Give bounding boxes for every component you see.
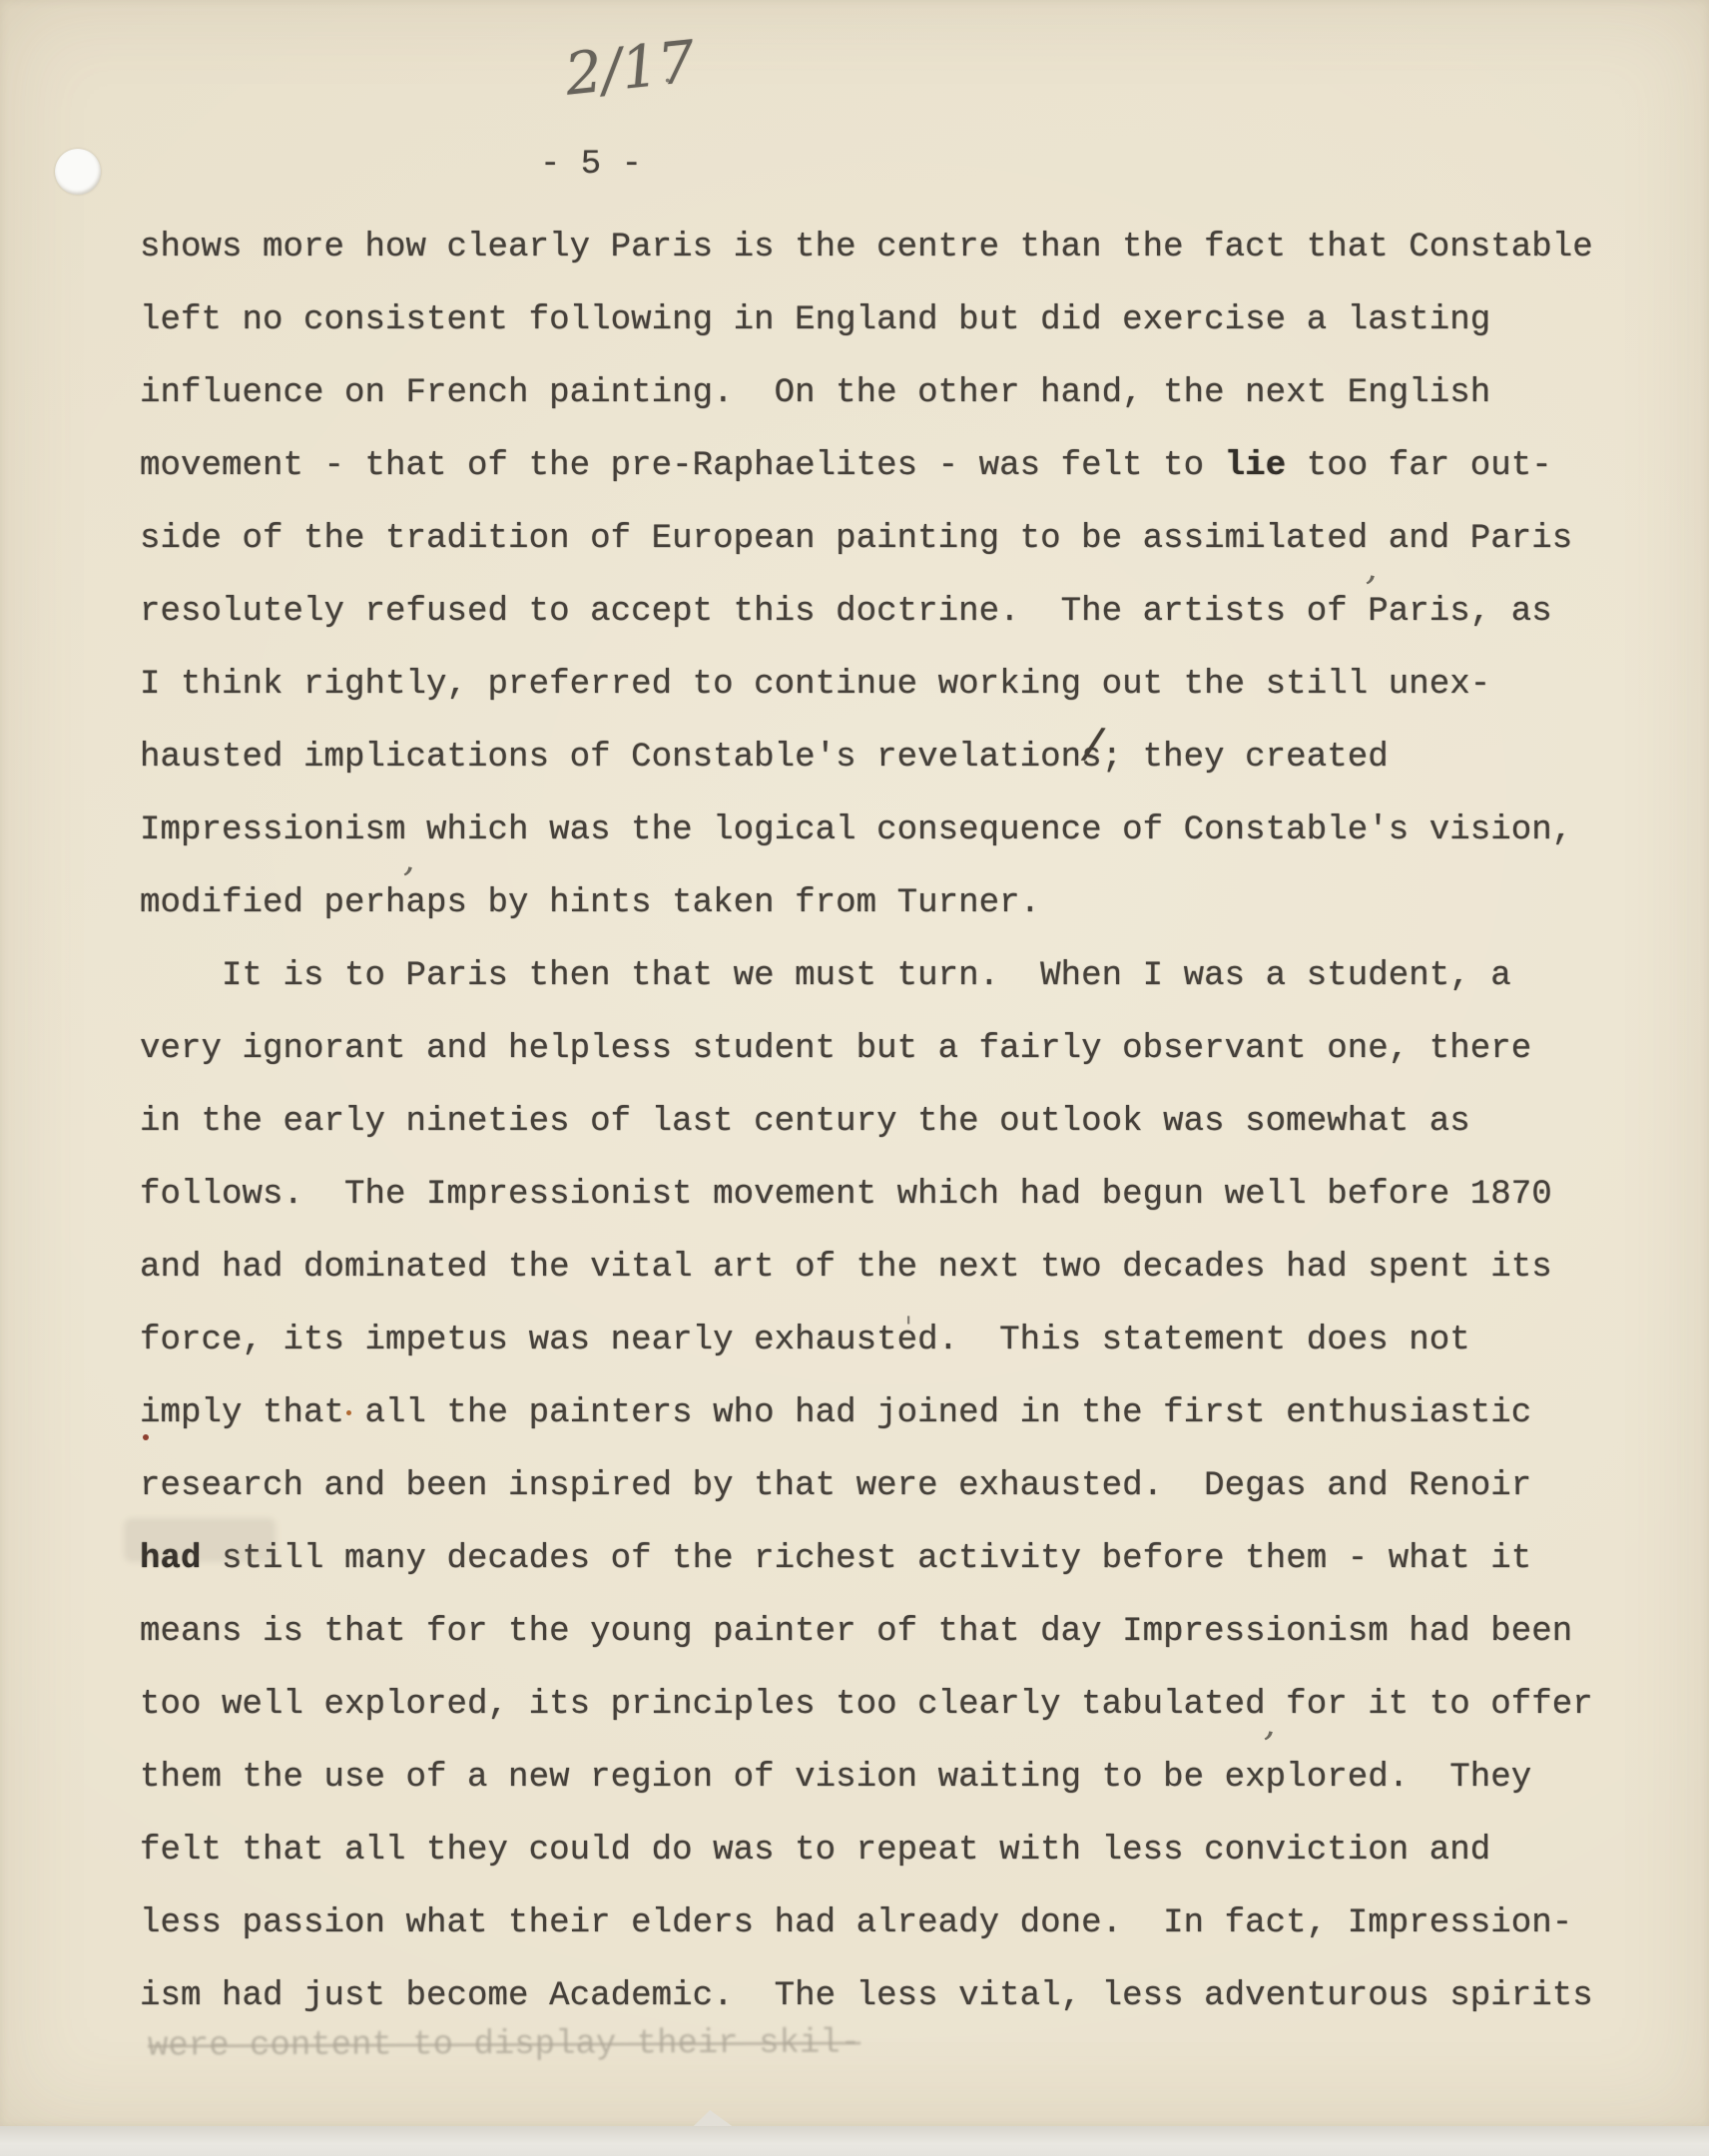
text-line: left no consistent following in England … (140, 297, 1490, 343)
text-line: research and been inspired by that were … (140, 1463, 1531, 1509)
text-line: I think rightly, preferred to continue w… (140, 662, 1490, 708)
text-line: less passion what their elders had alrea… (140, 1900, 1572, 1946)
text-line: force, its impetus was nearly exhausted.… (140, 1318, 1470, 1363)
text-line: shows more how clearly Paris is the cent… (140, 225, 1593, 270)
page-number: - 5 - (540, 146, 642, 184)
text-line: It is to Paris then that we must turn. W… (140, 953, 1511, 999)
text-line: resolutely refused to accept this doctri… (140, 589, 1552, 635)
handwritten-page-ref: 2/17 (562, 27, 699, 108)
text-line: Impressionism which was the logical cons… (140, 808, 1572, 853)
text-line: modified perhaps by hints taken from Tur… (140, 880, 1040, 926)
text-line: means is that for the young painter of t… (140, 1609, 1572, 1655)
hole-punch (55, 149, 101, 195)
text-line: and had dominated the vital art of the n… (140, 1245, 1552, 1291)
text-line: very ignorant and helpless student but a… (140, 1026, 1531, 1072)
scanner-edge (0, 2126, 1709, 2156)
pencil-tick: ' (904, 1314, 912, 1344)
text-line: side of the tradition of European painti… (140, 516, 1572, 562)
text-line: had still many decades of the richest ac… (140, 1536, 1531, 1582)
pencil-dot-after-note: . (663, 58, 673, 88)
strikeout-slash-on-s: / (1077, 725, 1108, 773)
paper-speck (346, 1410, 351, 1415)
document-scan: 2/17 - 5 - shows more how clearly Paris … (0, 0, 1709, 2156)
text-line: follows. The Impressionist movement whic… (140, 1172, 1552, 1218)
text-line: hausted implications of Constable's reve… (140, 735, 1389, 781)
text-line: movement - that of the pre-Raphaelites -… (140, 443, 1552, 489)
text-line: ism had just become Academic. The less v… (140, 1973, 1593, 2019)
paper-speck (143, 1434, 149, 1440)
erased-struck-line: were content to display their skil- (148, 2024, 860, 2065)
text-line: in the early nineties of last century th… (140, 1099, 1470, 1145)
text-line: too well explored, its principles too cl… (140, 1682, 1593, 1728)
text-line: felt that all they could do was to repea… (140, 1828, 1490, 1874)
document-page: 2/17 - 5 - shows more how clearly Paris … (0, 0, 1709, 2126)
text-line: influence on French painting. On the oth… (140, 370, 1490, 416)
erasure-smudge (124, 1518, 276, 1562)
text-line: them the use of a new region of vision w… (140, 1755, 1531, 1801)
